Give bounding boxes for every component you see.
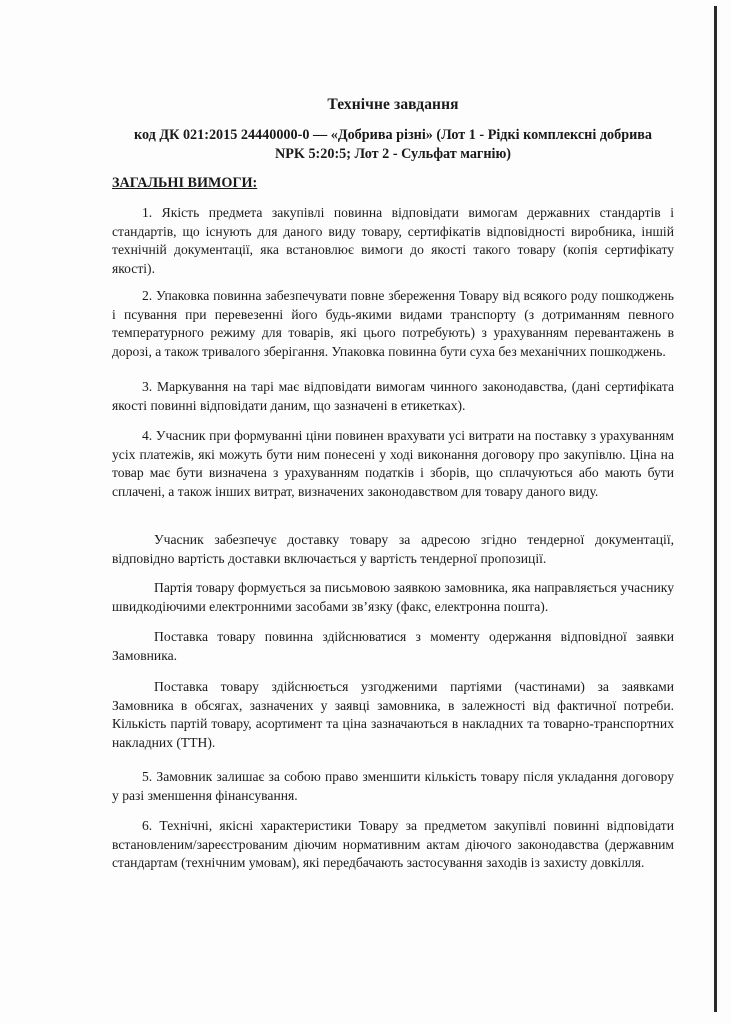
paragraph-1-quality: 1. Якість предмета закупівлі повинна від… — [112, 204, 674, 278]
subtitle-line-1: код ДК 021:2015 24440000-0 — «Добрива рі… — [112, 126, 674, 145]
page-edge-shadow — [714, 6, 717, 1012]
paragraph-supply-start: Поставка товару повинна здійснюватися з … — [112, 628, 674, 665]
section-heading-general-requirements: ЗАГАЛЬНІ ВИМОГИ: — [112, 175, 257, 192]
paragraph-6-technical: 6. Технічні, якісні характеристики Товар… — [112, 817, 674, 873]
paragraph-delivery: Учасник забезпечує доставку товару за ад… — [112, 531, 674, 568]
document-subtitle: код ДК 021:2015 24440000-0 — «Добрива рі… — [112, 126, 674, 164]
paragraph-4-pricing: 4. Учасник при формуванні ціни повинен в… — [112, 427, 674, 501]
paragraph-3-marking: 3. Маркування на тарі має відповідати ви… — [112, 378, 674, 415]
paragraph-supply-batches: Поставка товару здійснюється узгодженими… — [112, 678, 674, 752]
subtitle-line-2: NPK 5:20:5; Лот 2 - Сульфат магнію) — [112, 145, 674, 164]
paragraph-2-packaging: 2. Упаковка повинна забезпечувати повне … — [112, 287, 674, 361]
paragraph-5-reduction: 5. Замовник залишає за собою право зменш… — [112, 768, 674, 805]
document-title: Технічне завдання — [112, 96, 674, 114]
paragraph-batch-order: Партія товару формується за письмовою за… — [112, 579, 674, 616]
scanned-page: Технічне завдання код ДК 021:2015 244400… — [0, 0, 731, 1024]
